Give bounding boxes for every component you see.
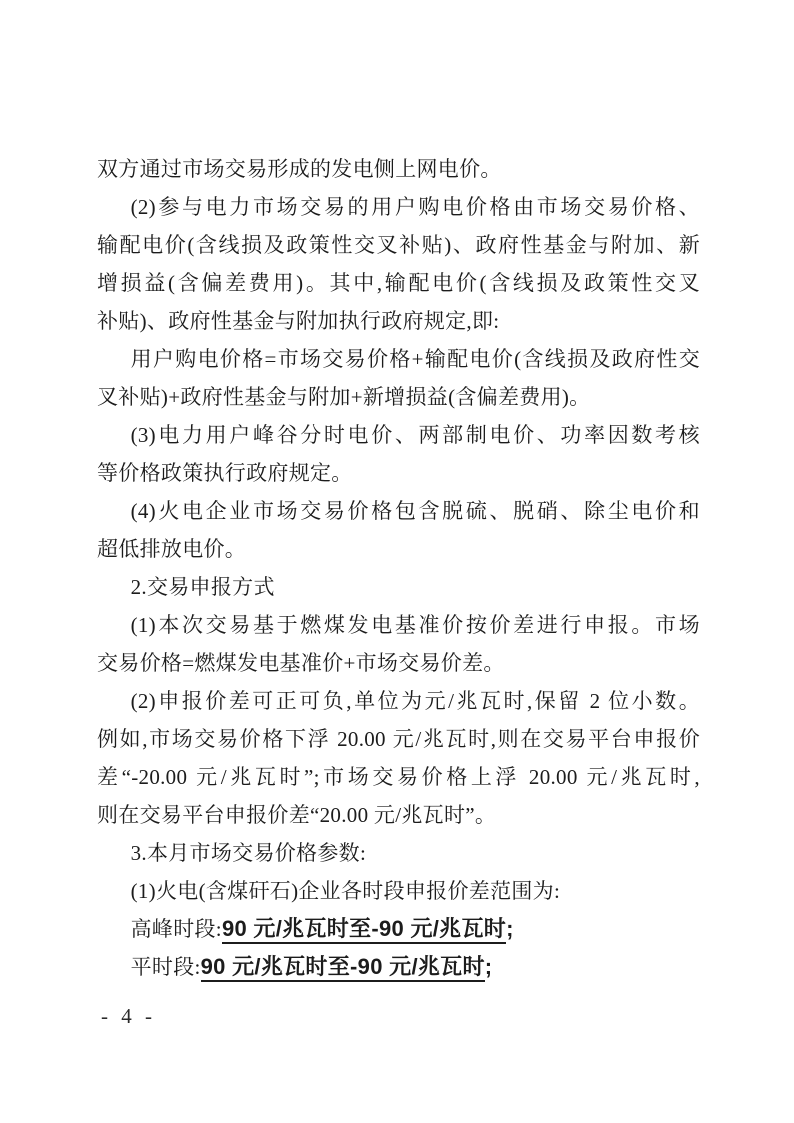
doc-line: 补贴)、政府性基金与附加执行政府规定,即: [97,302,700,340]
document-page: 双方通过市场交易形成的发电侧上网电价。 (2)参与电力市场交易的用户购电价格由市… [0,0,794,1123]
doc-line: (1)火电(含煤矸石)企业各时段申报价差范围为: [97,872,700,910]
doc-line-section-heading: 2.交易申报方式 [97,568,700,606]
price-row-flat: 平时段:90 元/兆瓦时至-90 元/兆瓦时; [97,948,700,986]
doc-line: 叉补贴)+政府性基金与附加+新增损益(含偏差费用)。 [97,378,700,416]
body-text: 双方通过市场交易形成的发电侧上网电价。 (2)参与电力市场交易的用户购电价格由市… [97,150,700,986]
doc-line: 交易价格=燃煤发电基准价+市场交易价差。 [97,644,700,682]
doc-line: (2)申报价差可正可负,单位为元/兆瓦时,保留 2 位小数。 [97,682,700,720]
price-row-value: 90 元/兆瓦时至-90 元/兆瓦时 [201,954,485,982]
price-row-label: 平时段: [131,955,201,979]
doc-line: (4)火电企业市场交易价格包含脱硫、脱硝、除尘电价和 [97,492,700,530]
doc-line-section-heading: 3.本月市场交易价格参数: [97,834,700,872]
doc-line: 差“-20.00 元/兆瓦时”;市场交易价格上浮 20.00 元/兆瓦时, [97,758,700,796]
doc-line: 用户购电价格=市场交易价格+输配电价(含线损及政府性交 [97,340,700,378]
price-row-suffix: ; [506,916,514,941]
doc-line: 等价格政策执行政府规定。 [97,454,700,492]
doc-line: 超低排放电价。 [97,530,700,568]
price-row-peak: 高峰时段:90 元/兆瓦时至-90 元/兆瓦时; [97,910,700,948]
page-number: - 4 - [101,1004,156,1029]
doc-line: (2)参与电力市场交易的用户购电价格由市场交易价格、 [97,188,700,226]
doc-line: 双方通过市场交易形成的发电侧上网电价。 [97,150,700,188]
doc-line: 例如,市场交易价格下浮 20.00 元/兆瓦时,则在交易平台申报价 [97,720,700,758]
doc-line: (1)本次交易基于燃煤发电基准价按价差进行申报。市场 [97,606,700,644]
price-row-suffix: ; [485,954,493,979]
doc-line: 输配电价(含线损及政策性交叉补贴)、政府性基金与附加、新 [97,226,700,264]
doc-line: (3)电力用户峰谷分时电价、两部制电价、功率因数考核 [97,416,700,454]
price-row-label: 高峰时段: [131,917,222,941]
doc-line: 增损益(含偏差费用)。其中,输配电价(含线损及政策性交叉 [97,264,700,302]
doc-line: 则在交易平台申报价差“20.00 元/兆瓦时”。 [97,796,700,834]
price-row-value: 90 元/兆瓦时至-90 元/兆瓦时 [222,916,506,944]
